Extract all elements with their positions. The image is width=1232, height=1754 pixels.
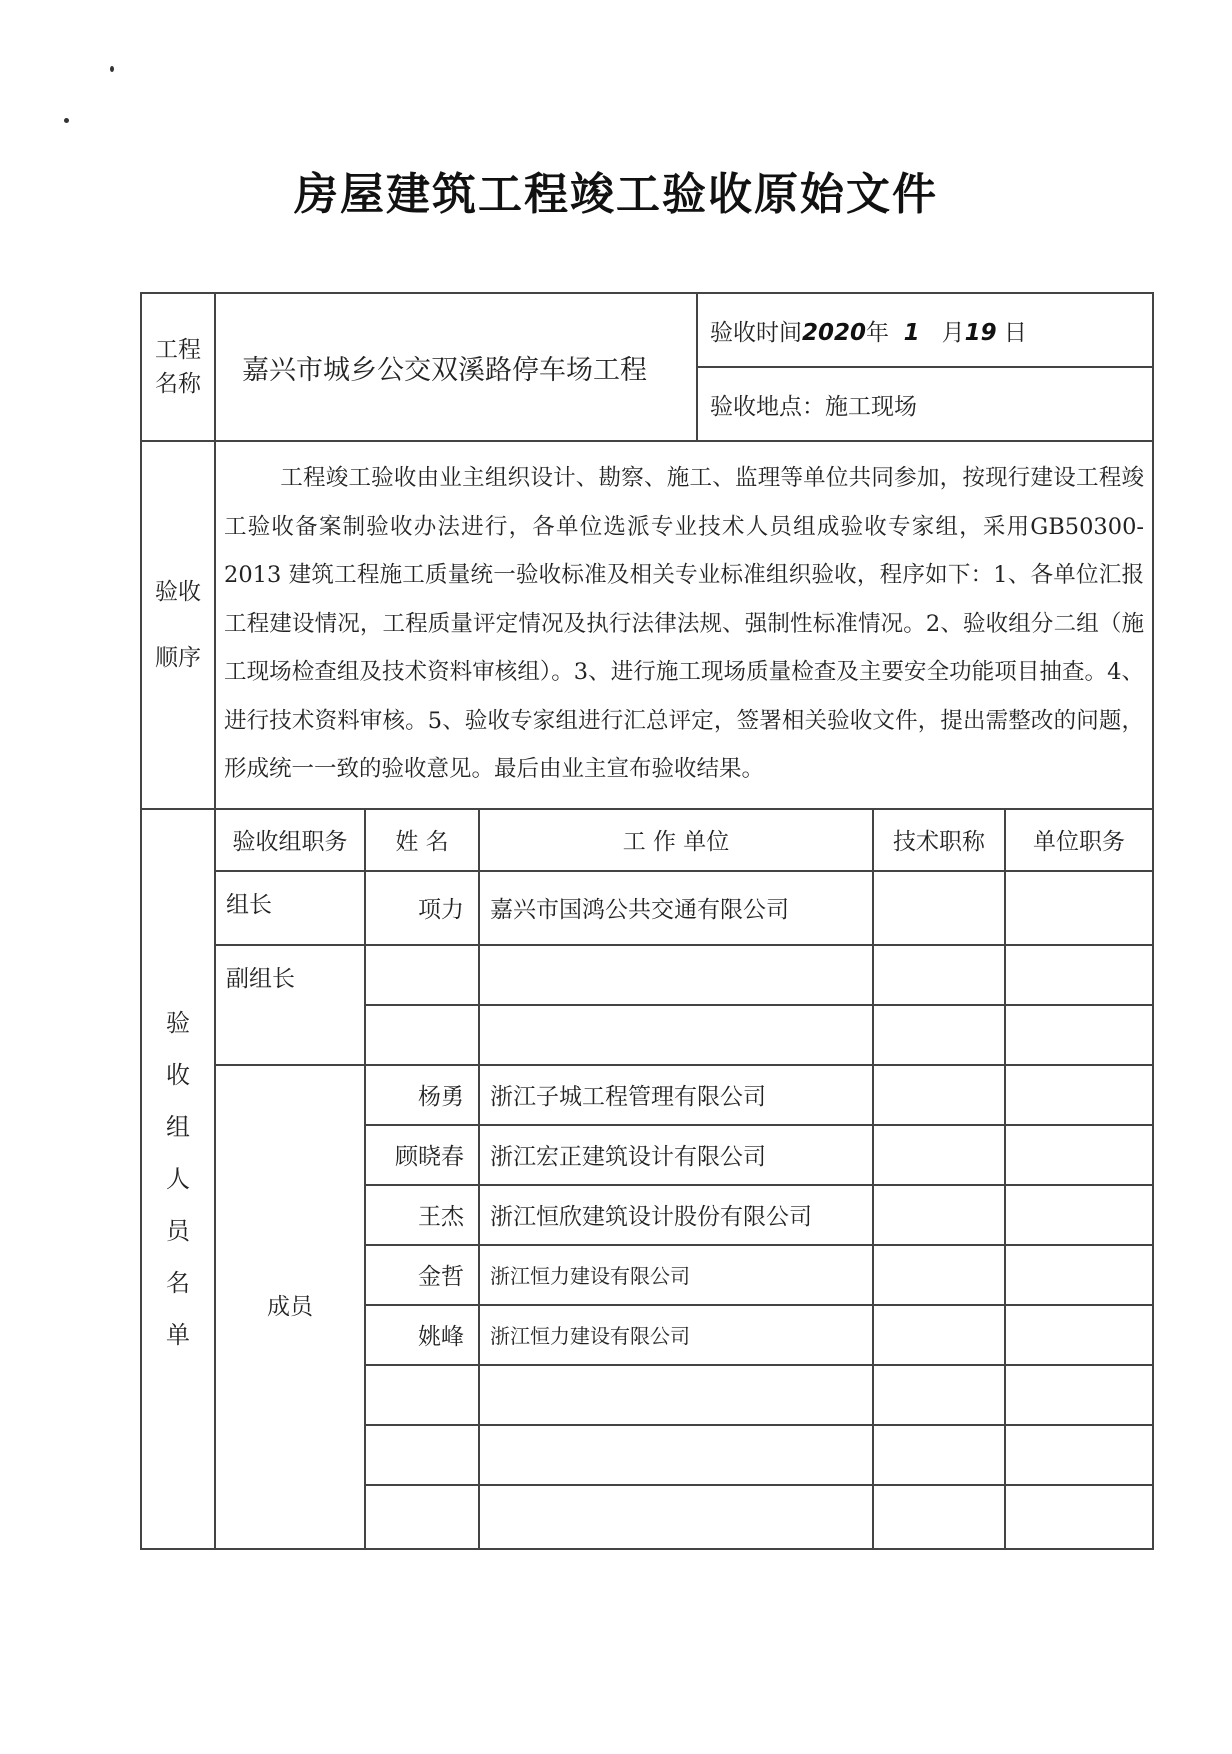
member-tech-title — [873, 1485, 1005, 1549]
member-tech-title — [873, 1245, 1005, 1305]
member-position — [1005, 1065, 1153, 1125]
member-name — [365, 1425, 479, 1485]
table-row: 副组长 — [141, 945, 1153, 1005]
member-position — [1005, 1245, 1153, 1305]
member-unit: 浙江恒欣建筑设计股份有限公司 — [479, 1185, 873, 1245]
acceptance-form: 工程 名称 嘉兴市城乡公交双溪路停车场工程 验收时间2020年 1 月19 日 … — [140, 292, 1152, 1550]
member-position — [1005, 1185, 1153, 1245]
member-position — [1005, 871, 1153, 945]
document-title: 房屋建筑工程竣工验收原始文件 — [0, 158, 1232, 222]
member-position — [1005, 945, 1153, 1005]
member-position — [1005, 1485, 1153, 1549]
member-name: 顾晓春 — [365, 1125, 479, 1185]
member-tech-title — [873, 1425, 1005, 1485]
header-tech-title: 技术职称 — [873, 809, 1005, 871]
project-info-table: 工程 名称 嘉兴市城乡公交双溪路停车场工程 验收时间2020年 1 月19 日 … — [140, 292, 1154, 810]
member-unit: 浙江恒力建设有限公司 — [479, 1245, 873, 1305]
handwritten-day: 19 — [965, 320, 997, 346]
member-tech-title — [873, 1065, 1005, 1125]
member-name — [365, 945, 479, 1005]
members-table: 验收组人员名单 验收组职务 姓 名 工 作 单位 技术职称 单位职务 组长 项力… — [140, 808, 1154, 1550]
member-name: 杨勇 — [365, 1065, 479, 1125]
member-tech-title — [873, 1125, 1005, 1185]
member-tech-title — [873, 1185, 1005, 1245]
member-name — [365, 1485, 479, 1549]
member-unit — [479, 1365, 873, 1425]
handwritten-year: 2020 — [802, 320, 866, 346]
member-tech-title — [873, 945, 1005, 1005]
role-member: 成员 — [215, 1065, 365, 1549]
acceptance-time: 验收时间2020年 1 月19 日 — [697, 293, 1153, 367]
table-row: 组长 项力 嘉兴市国鸿公共交通有限公司 — [141, 871, 1153, 945]
member-position — [1005, 1125, 1153, 1185]
member-unit — [479, 1425, 873, 1485]
member-name: 金哲 — [365, 1245, 479, 1305]
header-unit: 工 作 单位 — [479, 809, 873, 871]
member-unit: 浙江宏正建筑设计有限公司 — [479, 1125, 873, 1185]
header-name: 姓 名 — [365, 809, 479, 871]
scan-speck — [110, 66, 114, 72]
member-unit — [479, 1485, 873, 1549]
handwritten-month: 1 — [904, 320, 920, 346]
procedure-text: 工程竣工验收由业主组织设计、勘察、施工、监理等单位共同参加，按现行建设工程竣工验… — [215, 441, 1153, 809]
acceptance-location: 验收地点：施工现场 — [697, 367, 1153, 441]
member-tech-title — [873, 1305, 1005, 1365]
member-tech-title — [873, 1005, 1005, 1065]
member-name — [365, 1005, 479, 1065]
table-row: 成员 杨勇 浙江子城工程管理有限公司 — [141, 1065, 1153, 1125]
member-tech-title — [873, 871, 1005, 945]
header-position: 单位职务 — [1005, 809, 1153, 871]
member-position — [1005, 1425, 1153, 1485]
role-deputy: 副组长 — [215, 945, 365, 1065]
members-section-label: 验收组人员名单 — [141, 809, 215, 1549]
member-name: 姚峰 — [365, 1305, 479, 1365]
member-name: 项力 — [365, 871, 479, 945]
scan-speck — [64, 118, 69, 123]
role-leader: 组长 — [215, 871, 365, 945]
project-name: 嘉兴市城乡公交双溪路停车场工程 — [215, 293, 697, 441]
member-unit — [479, 1005, 873, 1065]
procedure-label: 验收 顺序 — [141, 441, 215, 809]
member-unit: 浙江恒力建设有限公司 — [479, 1305, 873, 1365]
header-role: 验收组职务 — [215, 809, 365, 871]
member-name: 王杰 — [365, 1185, 479, 1245]
member-unit: 嘉兴市国鸿公共交通有限公司 — [479, 871, 873, 945]
member-position — [1005, 1305, 1153, 1365]
member-position — [1005, 1365, 1153, 1425]
member-unit: 浙江子城工程管理有限公司 — [479, 1065, 873, 1125]
member-position — [1005, 1005, 1153, 1065]
member-name — [365, 1365, 479, 1425]
member-tech-title — [873, 1365, 1005, 1425]
project-name-label: 工程 名称 — [141, 293, 215, 441]
member-unit — [479, 945, 873, 1005]
